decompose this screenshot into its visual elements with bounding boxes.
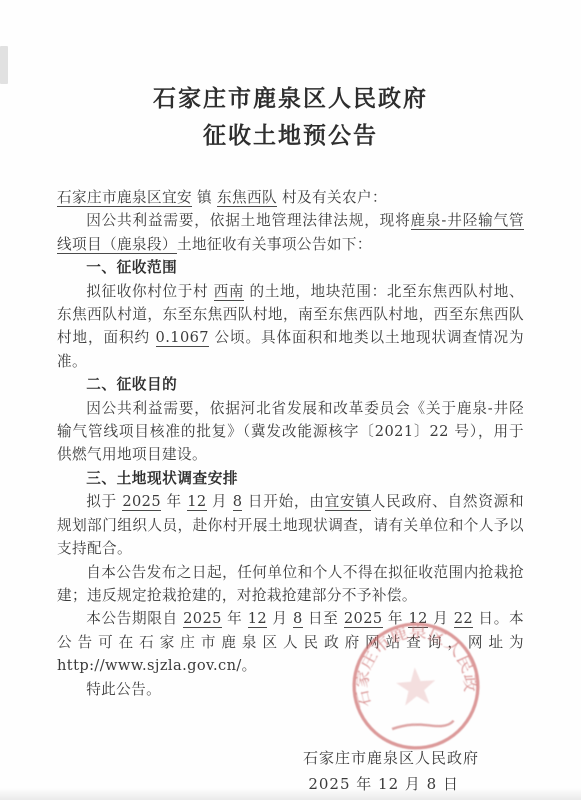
paragraph: 特此公告。 [57,678,524,701]
filled-blank: 8 [293,610,303,628]
signature-block: 石家庄市鹿泉区人民政府 2025 年 12 月 8 日 [0,746,581,796]
filled-blank: 12 [408,610,427,628]
paragraph: 自本公告发布之日起，任何单位和个人不得在拟征收范围内抢栽抢建；违反规定抢栽抢建的… [57,561,524,608]
filled-blank: 12 [187,493,206,511]
signature-date: 2025 年 12 月 8 日 [57,772,459,796]
paragraph: 拟于 2025 年 12 月 8 日开始，由宜安镇人民政府、自然资源和规划部门组… [57,490,524,560]
paragraph: 石家庄市鹿泉区宜安 镇 东焦西队 村及有关农户： [57,186,524,209]
filled-blank: 宜安镇 [325,493,371,511]
filled-blank: 2025 [122,493,161,511]
filled-blank: 22 [454,610,473,628]
section-heading: 三、土地现状调查安排 [57,467,524,490]
filled-blank: 东焦西队 [217,189,277,207]
signature-issuer: 石家庄市鹿泉区人民政府 [57,746,479,770]
section-heading: 二、征收目的 [57,373,524,396]
document-body: 石家庄市鹿泉区宜安 镇 东焦西队 村及有关农户：因公共利益需要，依据土地管理法律… [0,186,581,701]
filled-blank: 西南 [214,283,245,301]
paragraph: 因公共利益需要，依据土地管理法律法规，现将鹿泉-井陉输气管线项目（鹿泉段）土地征… [57,209,524,256]
seal-bottom-mark [392,721,454,730]
paragraph: 本公告期限自 2025 年 12 月 8 日至 2025 年 12 月 22 日… [57,607,524,677]
filled-blank: 2025 [344,610,383,628]
filled-blank: 石家庄市鹿泉区宜安 [57,189,192,207]
scanned-document-page: 石家庄市鹿泉区人民政府 征收土地预公告 石家庄市鹿泉区宜安 镇 东焦西队 村及有… [0,0,581,800]
paragraph: 因公共利益需要，依据河北省发展和改革委员会《关于鹿泉-井陉输气管线项目核准的批复… [57,397,524,467]
scan-artifact-smudge [0,46,8,84]
filled-blank: 2025 [183,610,222,628]
document-title-line1: 石家庄市鹿泉区人民政府 [0,82,581,116]
document-title-line2: 征收土地预公告 [0,119,581,153]
section-heading: 一、征收范围 [57,256,524,279]
paragraph: 拟征收你村位于村 西南 的土地，地块范围：北至东焦西队村地、东焦西队村道，东至东… [57,280,524,374]
filled-blank: 0.1067 [156,329,209,347]
filled-blank: 12 [248,610,267,628]
